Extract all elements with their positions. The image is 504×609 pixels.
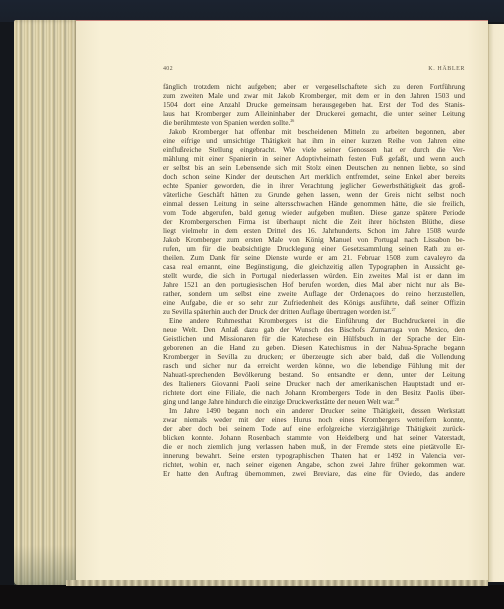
text-line: neue Welt. Den Anlaß dazu gab der Wunsch… [163, 325, 465, 334]
text-line: liegt vielmehr in dem ersten Drittel des… [163, 226, 465, 235]
text-line: eine Aufgabe, die er so sehr zur Zufried… [163, 298, 465, 307]
text-line: Er hatte den Auftrag übernommen, zwei Br… [163, 469, 465, 478]
text-line: zwar niemals weder mit der eines Hurus n… [163, 415, 465, 424]
text-line: eine eifrige und umsichtige Thätigkeit h… [163, 136, 465, 145]
text-line: mählung mit einer Spanierin in seiner Ad… [163, 154, 465, 163]
text-line: 1504 dort eine Anzahl Drucke gemeinsam h… [163, 100, 465, 109]
book-bottom-edge [66, 580, 488, 586]
dark-background-top [0, 0, 504, 22]
text-line: Kromberger in Sevilla zu drucken; er übe… [163, 352, 465, 361]
text-line: einflußreiche Stellung eingebracht. Wie … [163, 145, 465, 154]
text-line: väterliche Geschäft hätten zu Grunde geh… [163, 190, 465, 199]
text-line: doch schon seine Kinder der deutschen Ar… [163, 172, 465, 181]
text-line: des Italieners Giovanni Paoli seine Druc… [163, 379, 465, 388]
text-line: einmal dessen Leitung in seine alterssch… [163, 199, 465, 208]
text-line: rather, sondern um selbst eine zweite Au… [163, 289, 465, 298]
paragraph: fänglich trotzdem nicht aufgeben; aber e… [163, 82, 465, 127]
footnote-marker: 26 [290, 118, 294, 123]
text-line: geborenen an die Hand zu geben. Diesen K… [163, 343, 465, 352]
footnote-marker: 27 [392, 307, 396, 312]
text-line: Jakob Kromberger zum ersten Male von Kön… [163, 235, 465, 244]
text-line: die er noch ziemlich jung verlassen habe… [163, 442, 465, 451]
text-line: laus hat Kromberger zum Alleininhaber de… [163, 109, 465, 118]
book-fore-edge [14, 20, 78, 585]
footnote-marker: 28 [395, 397, 399, 402]
text-line: rufen, um für die beabsichtigte Druckleg… [163, 244, 465, 253]
text-line: Im Jahre 1490 begann noch ein anderer Dr… [163, 406, 465, 415]
text-line: der Krombergerschen Firma ist überhaupt … [163, 217, 465, 226]
text-line: zu Sevilla späterhin auch der Druck der … [163, 307, 465, 316]
text-line: theilen. Zum Dank für seine Dienste wurd… [163, 253, 465, 262]
page-number: 402 [163, 66, 173, 72]
text-line: innerung bewahrt. Seine ersten typograph… [163, 451, 465, 460]
text-line: Geistlichen und Missionaren für die Kate… [163, 334, 465, 343]
text-line: richtete dort eine Filiale, die nach Joh… [163, 388, 465, 397]
text-line: echte Spanier geworden, die in ihrer Ver… [163, 181, 465, 190]
text-line: die berühmteste von Spanien werden sollt… [163, 118, 465, 127]
paragraph: Eine andere Ruhmesthat Krombergers ist d… [163, 316, 465, 406]
text-line: fänglich trotzdem nicht aufgeben; aber e… [163, 82, 465, 91]
text-line: stellt wurde, die sich in Portugal niede… [163, 271, 465, 280]
text-line: blicken konnte. Johann Rosenbach stammte… [163, 433, 465, 442]
text-line: er selbst bis an sein Lebensende sich mi… [163, 163, 465, 172]
body-text: fänglich trotzdem nicht aufgeben; aber e… [163, 82, 465, 478]
text-line: Jahre 1521 an den portugiesischen Hof be… [163, 280, 465, 289]
text-line: vom Tode abgerufen, bald genug wieder au… [163, 208, 465, 217]
text-line: Nahuatl-sprechenden Bevölkerung bestand.… [163, 370, 465, 379]
dark-background-bottom [0, 585, 504, 609]
paragraph: Im Jahre 1490 begann noch ein anderer Dr… [163, 406, 465, 478]
text-line: Eine andere Ruhmesthat Krombergers ist d… [163, 316, 465, 325]
text-line: casa real ernannt, eine Begünstigung, di… [163, 262, 465, 271]
paragraph: Jakob Kromberger hat offenbar mit besche… [163, 127, 465, 316]
text-line: der aber doch bei seinem Tode auf eine e… [163, 424, 465, 433]
text-line: ging und lange Jahre hindurch die einzig… [163, 397, 465, 406]
text-line: rasch und sicher nur da erreicht werden … [163, 361, 465, 370]
text-line: zum zweiten Male und zwar mit Jakob Krom… [163, 91, 465, 100]
text-line: Jakob Kromberger hat offenbar mit besche… [163, 127, 465, 136]
running-head: K. HÄBLER [428, 66, 465, 72]
next-page-edge [488, 24, 504, 582]
page-header: 402 K. HÄBLER [163, 66, 465, 72]
text-line: richtet, wohin er, nach seiner eigenen A… [163, 460, 465, 469]
